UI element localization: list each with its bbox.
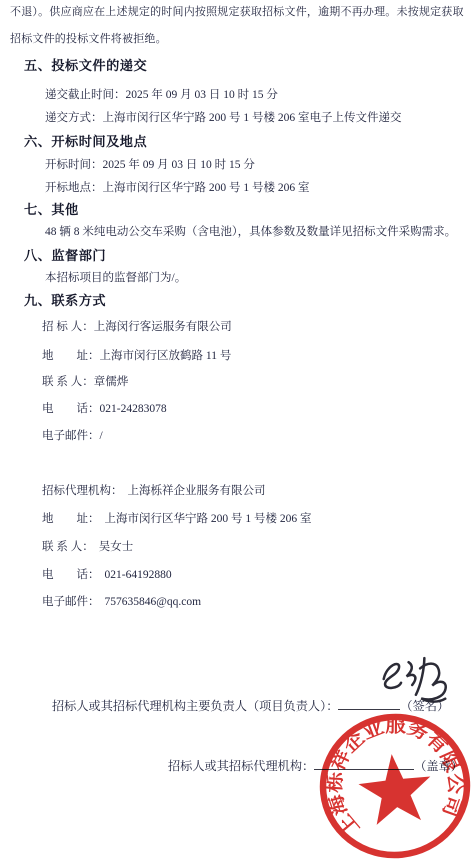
submission-method: 递交方式：上海市闵行区华宁路 200 号 1 号楼 206 室电子上传文件递交 (45, 111, 402, 125)
tenderer-contact-value: 章儒烨 (94, 375, 129, 389)
tenderer-phone-label: 电 话： (42, 402, 100, 416)
supervision-department: 本招标项目的监督部门为/。 (45, 271, 186, 285)
tenderer-contact-label: 联 系 人： (42, 375, 94, 389)
company-seal-stamp: 上海栎祥企业服务有限公司 (308, 702, 476, 863)
agency-phone-label: 电 话： (42, 568, 100, 582)
submission-deadline: 递交截止时间：2025 年 09 月 03 日 10 时 15 分 (45, 88, 278, 102)
section-6-heading: 六、开标时间及地点 (24, 134, 147, 151)
tenderer-contact-row: 联 系 人：章儒烨 (42, 375, 128, 389)
org-signoff-label: 招标人或其招标代理机构： (168, 759, 314, 773)
tenderer-email-value: / (100, 429, 103, 443)
leader-signoff-label: 招标人或其招标代理机构主要负责人（项目负责人）： (52, 699, 338, 713)
agency-name-label: 招标代理机构： (42, 484, 123, 498)
agency-contact-value: 吴女士 (99, 540, 134, 554)
agency-address-row: 地 址：上海市闵行区华宁路 200 号 1 号楼 206 室 (42, 512, 312, 526)
agency-name-value: 上海栎祥企业服务有限公司 (128, 484, 266, 498)
agency-name-row: 招标代理机构：上海栎祥企业服务有限公司 (42, 484, 266, 498)
intro-line-1: 不退）。供应商应在上述规定的时间内按照规定获取招标文件，逾期不再办理。未按规定获… (10, 6, 464, 20)
opening-time: 开标时间：2025 年 09 月 03 日 10 时 15 分 (45, 158, 255, 172)
agency-email-row: 电子邮件：757635846@qq.com (42, 595, 201, 609)
agency-address-label: 地 址： (42, 512, 100, 526)
section-7-heading: 七、其他 (24, 202, 79, 219)
section-5-heading: 五、投标文件的递交 (24, 58, 147, 75)
other-description: 48 辆 8 米纯电动公交车采购（含电池），具体参数及数量详见招标文件采购需求。 (45, 225, 456, 239)
section-9-heading: 九、联系方式 (24, 293, 106, 310)
agency-email-label: 电子邮件： (42, 595, 100, 609)
opening-place: 开标地点：上海市闵行区华宁路 200 号 1 号楼 206 室 (45, 181, 310, 195)
tenderer-name-value: 上海闵行客运服务有限公司 (94, 320, 232, 334)
tenderer-address-value: 上海市闵行区放鹤路 11 号 (100, 349, 232, 363)
tenderer-phone-value: 021-24283078 (100, 402, 167, 416)
seal-star-icon (356, 750, 435, 826)
agency-contact-row: 联 系 人：吴女士 (42, 540, 133, 554)
agency-contact-label: 联 系 人： (42, 540, 94, 554)
section-8-heading: 八、监督部门 (24, 248, 106, 265)
tenderer-email-label: 电子邮件： (42, 429, 100, 443)
agency-address-value: 上海市闵行区华宁路 200 号 1 号楼 206 室 (105, 512, 312, 526)
tenderer-name-label: 招 标 人： (42, 320, 94, 334)
tenderer-email-row: 电子邮件：/ (42, 429, 103, 443)
tenderer-phone-row: 电 话：021-24283078 (42, 402, 167, 416)
tenderer-name-row: 招 标 人：上海闵行客运服务有限公司 (42, 320, 232, 334)
intro-line-2: 招标文件的投标文件将被拒绝。 (10, 33, 167, 47)
tenderer-address-row: 地 址：上海市闵行区放鹤路 11 号 (42, 349, 231, 363)
agency-email-value: 757635846@qq.com (105, 595, 202, 609)
handwritten-signature (372, 652, 452, 711)
agency-phone-row: 电 话：021-64192880 (42, 568, 172, 582)
agency-phone-value: 021-64192880 (105, 568, 172, 582)
tenderer-address-label: 地 址： (42, 349, 100, 363)
